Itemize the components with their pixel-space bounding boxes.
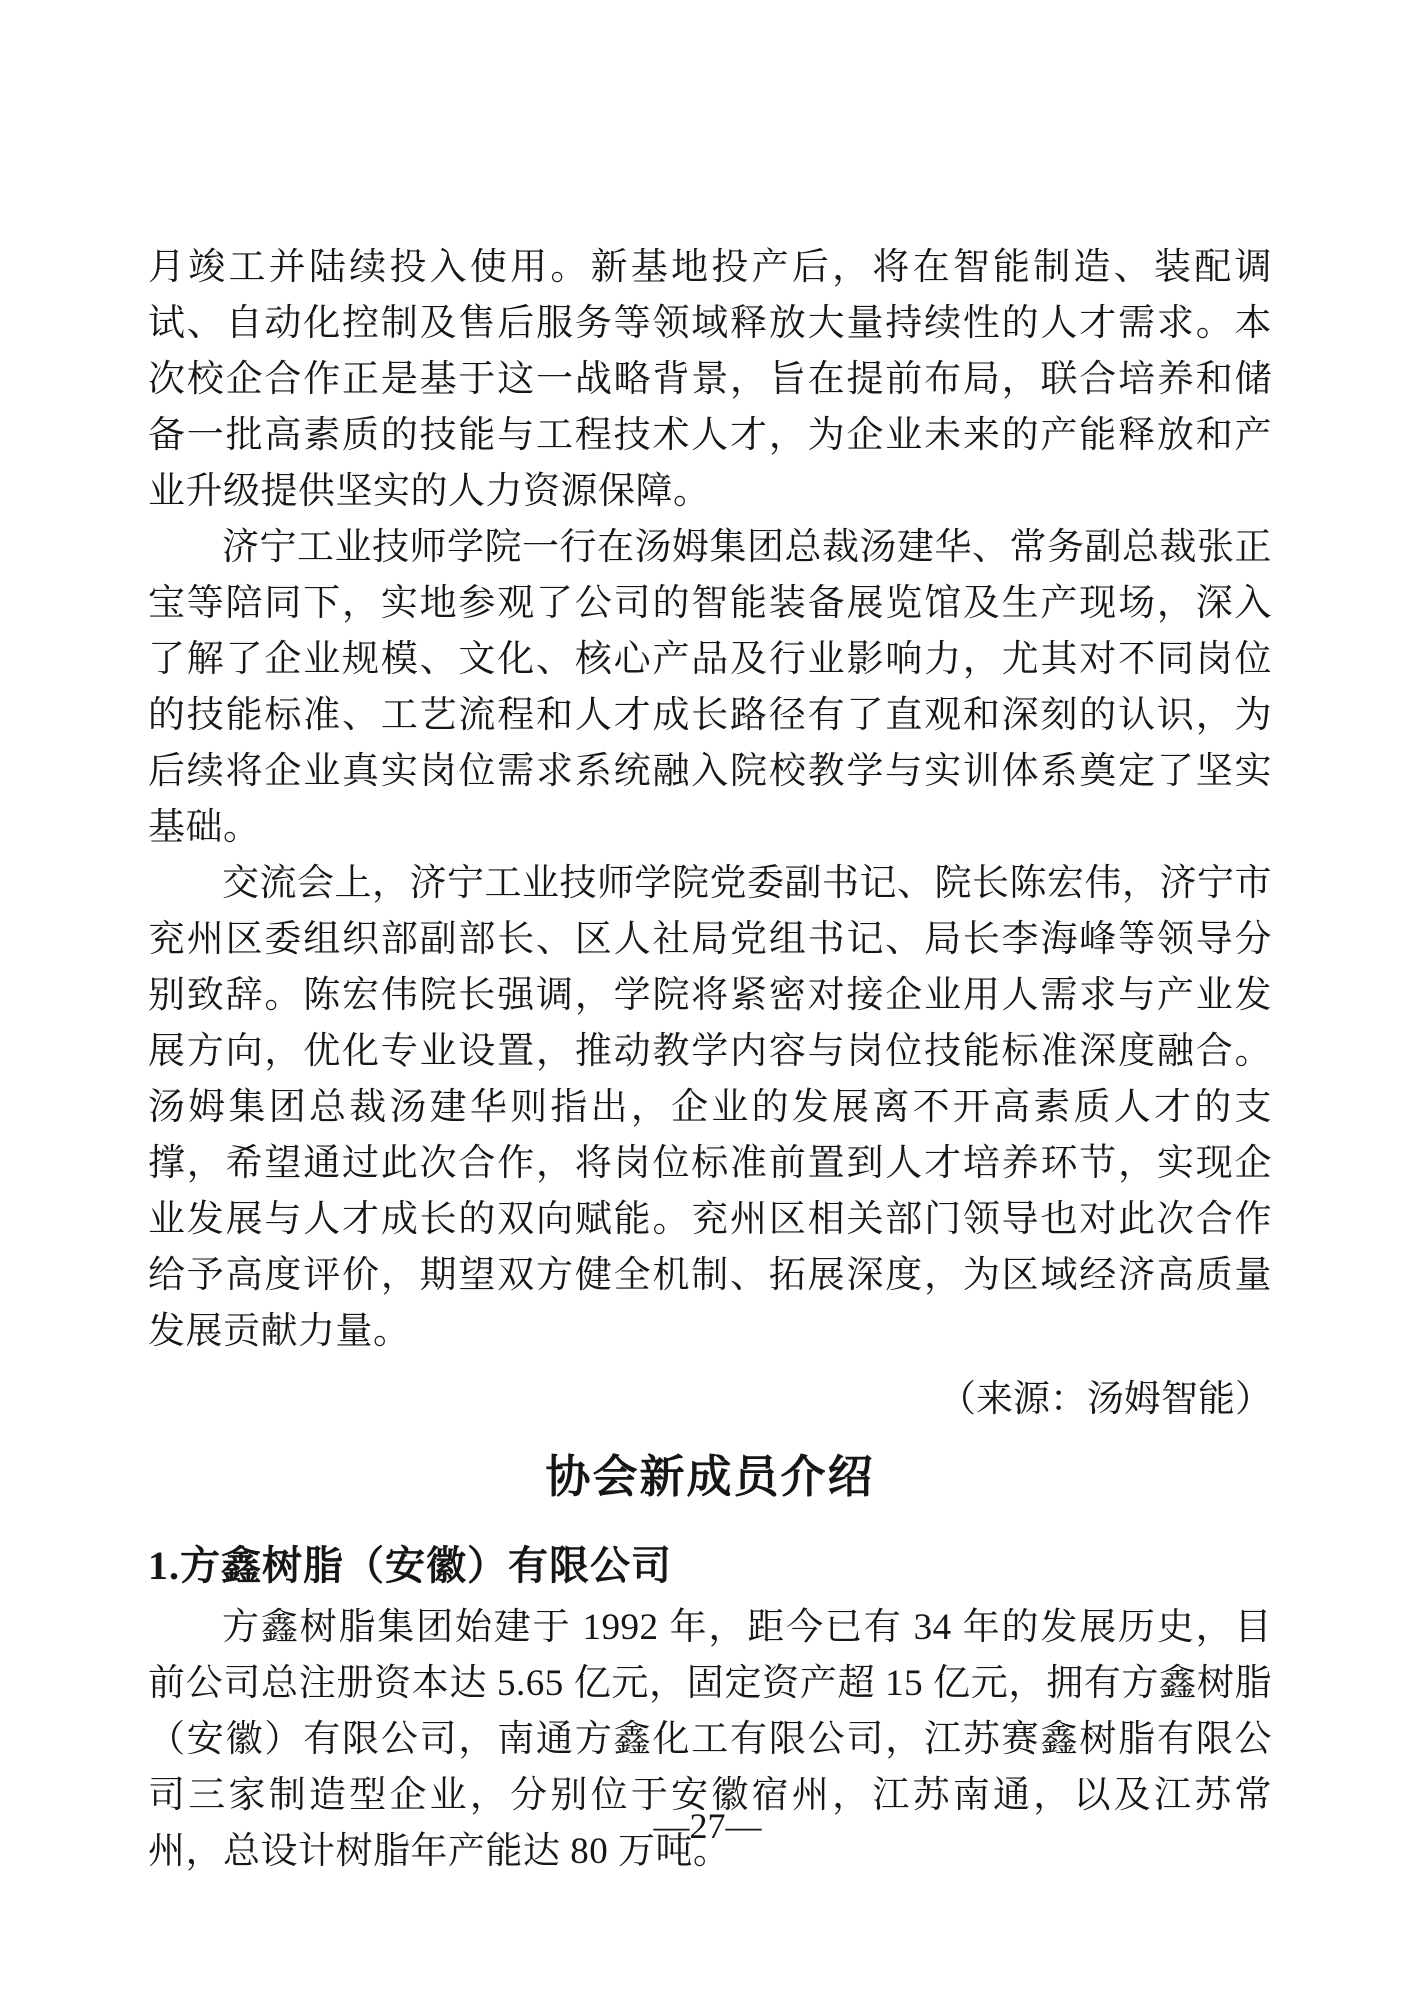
- section-heading: 协会新成员介绍: [148, 1450, 1272, 1504]
- body-paragraph-1: 月竣工并陆续投入使用。新基地投产后，将在智能制造、装配调试、自动化控制及售后服务…: [148, 240, 1272, 520]
- body-paragraph-3: 交流会上，济宁工业技师学院党委副书记、院长陈宏伟，济宁市兖州区委组织部副部长、区…: [148, 856, 1272, 1360]
- source-attribution: （来源：汤姆智能）: [148, 1372, 1272, 1428]
- page-number: —27—: [0, 1806, 1415, 1846]
- page-body: 月竣工并陆续投入使用。新基地投产后，将在智能制造、装配调试、自动化控制及售后服务…: [148, 240, 1272, 1880]
- body-paragraph-2: 济宁工业技师学院一行在汤姆集团总裁汤建华、常务副总裁张正宝等陪同下，实地参观了公…: [148, 520, 1272, 856]
- member-1-heading: 1.方鑫树脂（安徽）有限公司: [148, 1542, 1272, 1590]
- document-page: 月竣工并陆续投入使用。新基地投产后，将在智能制造、装配调试、自动化控制及售后服务…: [0, 0, 1415, 2000]
